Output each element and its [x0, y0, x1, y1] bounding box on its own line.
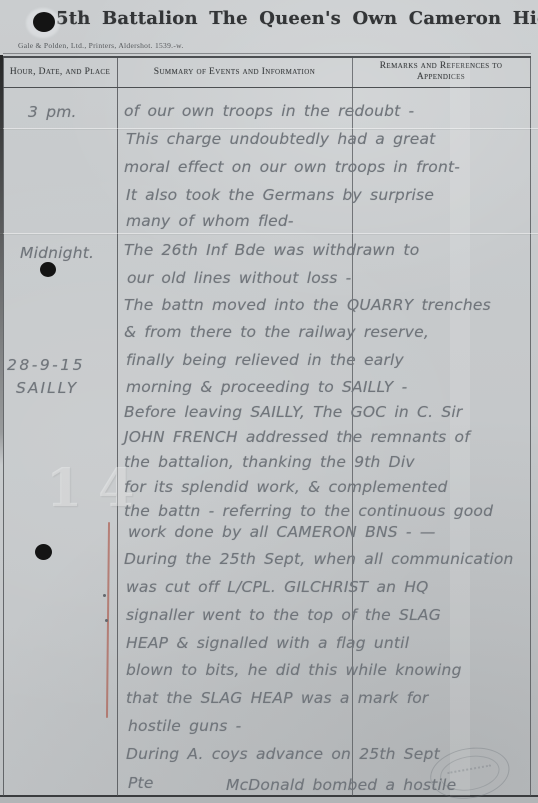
diary-line: that the SLAG HEAP was a mark for	[126, 687, 429, 709]
diary-line: During the 25th Sept, when all communica…	[124, 548, 514, 570]
column-header-hour-date-place: Hour, Date, and Place	[5, 57, 115, 87]
diary-line: of our own troops in the redoubt -	[124, 100, 414, 122]
diary-line: hostile guns -	[128, 715, 241, 737]
diary-line: McDonald bombed a hostile	[226, 774, 456, 796]
diary-line: This charge undoubtedly had a great	[126, 128, 435, 150]
diary-line: signaller went to the top of the SLAG	[126, 604, 441, 626]
diary-line: blown to bits, he did this while knowing	[126, 659, 462, 681]
diary-line: Pte	[128, 772, 154, 794]
column-header-remarks: Remarks and References to Appendices	[356, 57, 526, 87]
diary-line: JOHN FRENCH addressed the remnants of	[124, 426, 470, 448]
diary-line: finally being relieved in the early	[126, 349, 404, 371]
table-right-rule	[530, 56, 531, 796]
diary-line: HEAP & signalled with a flag until	[126, 632, 409, 654]
diary-line: The 26th Inf Bde was withdrawn to	[124, 239, 419, 261]
diary-line: During A. coys advance on 25th Sept	[126, 743, 440, 765]
diary-line: The battn moved into the QUARRY trenches	[124, 294, 491, 316]
table-top-thin-rule	[3, 53, 531, 54]
entry-date: 28-9-15	[0, 354, 124, 376]
war-diary-page-scan: 5th Battalion The Queen's Own Cameron Hi…	[0, 0, 538, 803]
entry-time: Midnight.	[0, 242, 137, 264]
hole-punch-icon	[35, 544, 52, 560]
diary-line: for its splendid work, & complemented	[124, 476, 448, 498]
diary-line: our old lines without loss -	[127, 267, 351, 289]
diary-line: many of whom fled-	[126, 210, 294, 232]
pencil-speck	[105, 619, 108, 622]
diary-line: was cut off L/CPL. GILCHRIST an HQ	[126, 576, 429, 598]
diary-line: the battn - referring to the continuous …	[124, 500, 493, 522]
printer-imprint: Gale & Polden, Ltd., Printers, Aldershot…	[18, 41, 184, 50]
entry-place: SAILLY	[0, 377, 133, 399]
diary-line: morning & proceeding to SAILLY -	[126, 376, 407, 398]
diary-line: Before leaving SAILLY, The GOC in C. Sir	[124, 401, 462, 423]
hole-punch-icon	[40, 262, 56, 277]
diary-line: & from there to the railway reserve,	[124, 321, 429, 343]
diary-line: It also took the Germans by surprise	[126, 184, 434, 206]
diary-line: moral effect on our own troops in front-	[124, 156, 460, 178]
diary-line: the battalion, thanking the 9th Div	[124, 451, 415, 473]
table-left-rule	[3, 56, 4, 796]
hole-punch-icon	[33, 12, 55, 32]
page-title: 5th Battalion The Queen's Own Cameron Hi…	[56, 7, 530, 31]
pencil-speck	[103, 594, 106, 597]
diary-line: work done by all CAMERON BNS - —	[128, 521, 436, 543]
column-divider-1	[117, 56, 118, 796]
column-header-summary: Summary of Events and Information	[119, 57, 350, 87]
